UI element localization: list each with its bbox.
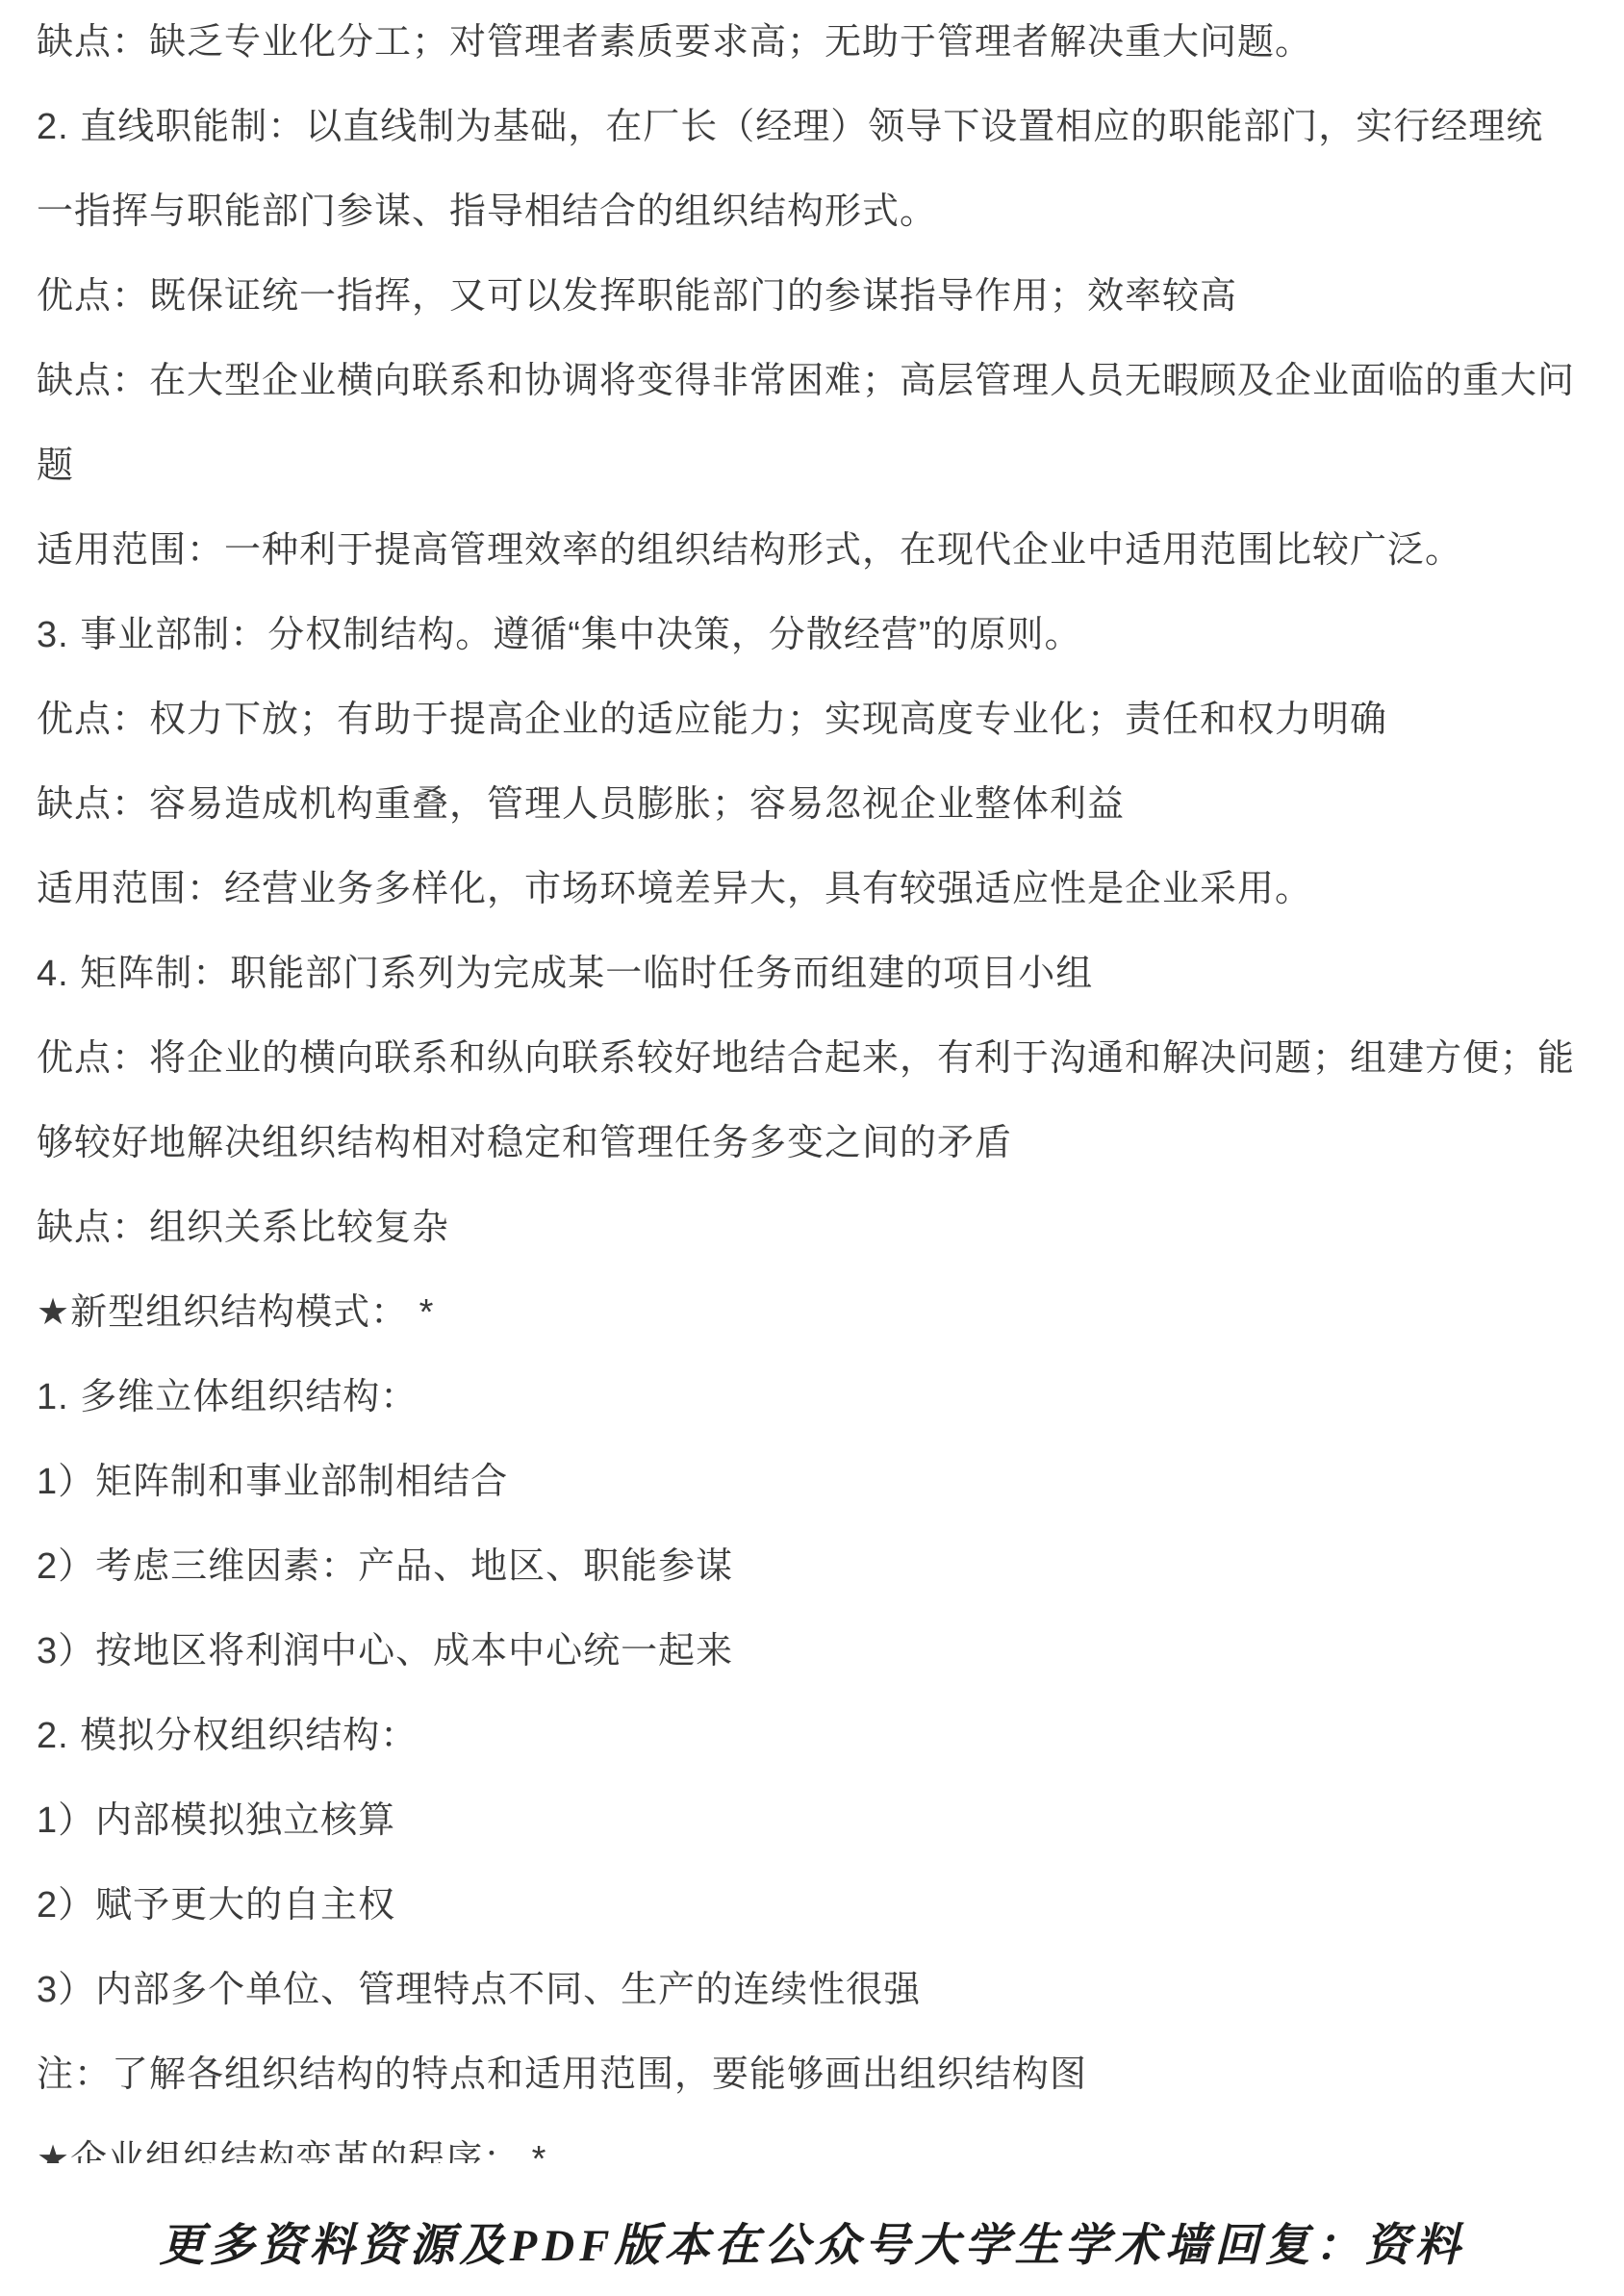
text-line: 3. 事业部制：分权制结构。遵循“集中决策，分散经营”的原则。 [37,593,1601,677]
text-line: 1）矩阵制和事业部制相结合 [37,1440,1601,1524]
text-line: 缺点：容易造成机构重叠，管理人员膨胀；容易忽视企业整体利益 [37,762,1601,847]
text-line: 4. 矩阵制：职能部门系列为完成某一临时任务而组建的项目小组 [37,931,1601,1016]
text-line: 缺点：在大型企业横向联系和协调将变得非常困难；高层管理人员无暇顾及企业面临的重大… [37,339,1601,423]
text-line: 2）考虑三维因素：产品、地区、职能参谋 [37,1524,1601,1609]
text-line-star-heading: ★新型组织结构模式： * [37,1270,1601,1355]
text-line: 优点：既保证统一指挥，又可以发挥职能部门的参谋指导作用；效率较高 [37,254,1601,339]
text-line-clipped-star-heading: ★企业组织结构变革的程序： * [37,2117,1601,2163]
text-line: 注：了解各组织结构的特点和适用范围，要能够画出组织结构图 [37,2032,1601,2117]
text-line: 题 [37,423,1601,508]
text-line: 优点：将企业的横向联系和纵向联系较好地结合起来，有利于沟通和解决问题；组建方便；… [37,1016,1601,1101]
text-line: 2）赋予更大的自主权 [37,1863,1601,1948]
text-line: 适用范围：经营业务多样化，市场环境差异大，具有较强适应性是企业采用。 [37,847,1601,931]
text-line: 2. 直线职能制：以直线制为基础，在厂长（经理）领导下设置相应的职能部门，实行经… [37,85,1601,169]
text-line: 优点：权力下放；有助于提高企业的适应能力；实现高度专业化；责任和权力明确 [37,677,1601,762]
text-line: 3）按地区将利润中心、成本中心统一起来 [37,1609,1601,1694]
text-line: 够较好地解决组织结构相对稳定和管理任务多变之间的矛盾 [37,1101,1601,1186]
text-line: 3）内部多个单位、管理特点不同、生产的连续性很强 [37,1948,1601,2032]
text-line: 1）内部模拟独立核算 [37,1778,1601,1863]
text-line: 1. 多维立体组织结构： [37,1355,1601,1440]
text-line: 2. 模拟分权组织结构： [37,1694,1601,1778]
text-line: 适用范围：一种利于提高管理效率的组织结构形式，在现代企业中适用范围比较广泛。 [37,508,1601,593]
footer-watermark: 更多资料资源及PDF版本在公众号大学生学术墙回复：资料 [0,2209,1624,2274]
document-page: 缺点：缺乏专业化分工；对管理者素质要求高；无助于管理者解决重大问题。 2. 直线… [0,0,1624,2296]
text-line: 缺点：组织关系比较复杂 [37,1186,1601,1270]
document-text-body: 缺点：缺乏专业化分工；对管理者素质要求高；无助于管理者解决重大问题。 2. 直线… [0,0,1624,2163]
text-line: 缺点：缺乏专业化分工；对管理者素质要求高；无助于管理者解决重大问题。 [37,0,1601,85]
text-line: 一指挥与职能部门参谋、指导相结合的组织结构形式。 [37,169,1601,254]
